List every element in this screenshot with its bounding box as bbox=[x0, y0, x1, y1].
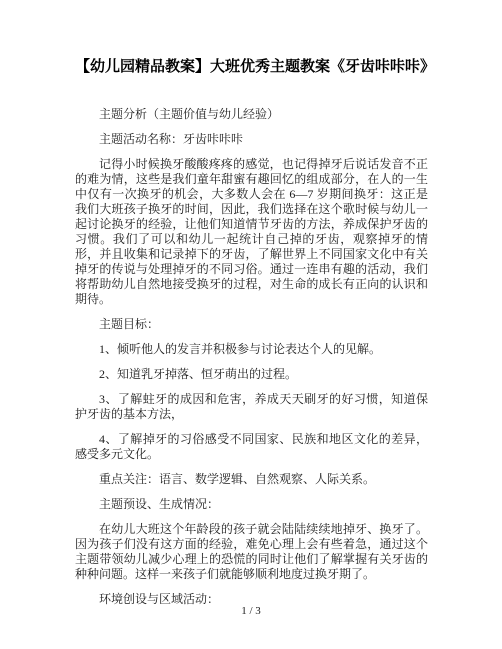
paragraph-intro: 记得小时候换牙酸酸疼疼的感觉，也记得掉牙后说话发音不正的难为情，这些是我们童年甜… bbox=[75, 157, 428, 307]
page-footer: 1 / 3 bbox=[0, 605, 502, 617]
paragraph-goal-3: 3、了解蛀牙的成因和危害，养成天天刷牙的好习惯，知道保护牙齿的基本方法， bbox=[75, 392, 428, 422]
paragraph-goals-heading: 主题目标： bbox=[75, 317, 428, 332]
document-title: 【幼儿园精品教案】大班优秀主题教案《牙齿咔咔咔》 bbox=[75, 57, 428, 77]
document-content: 【幼儿园精品教案】大班优秀主题教案《牙齿咔咔咔》 主题分析（主题价值与幼儿经验）… bbox=[0, 0, 502, 607]
paragraph-goal-2: 2、知道乳牙掉落、恒牙萌出的过程。 bbox=[75, 367, 428, 382]
paragraph-preset-heading: 主题预设、生成情况： bbox=[75, 497, 428, 512]
paragraph-preset-body: 在幼儿大班这个年龄段的孩子就会陆陆续续地掉牙、换牙了。因为孩子们没有这方面的经验… bbox=[75, 522, 428, 582]
paragraph-theme-analysis: 主题分析（主题价值与幼儿经验） bbox=[75, 107, 428, 122]
document-page: 【幼儿园精品教案】大班优秀主题教案《牙齿咔咔咔》 主题分析（主题价值与幼儿经验）… bbox=[0, 0, 502, 649]
page-number-indicator: 1 / 3 bbox=[241, 605, 261, 617]
paragraph-focus-areas: 重点关注：语言、数学逻辑、自然观察、人际关系。 bbox=[75, 472, 428, 487]
paragraph-activity-name: 主题活动名称：牙齿咔咔咔 bbox=[75, 132, 428, 147]
paragraph-goal-1: 1、倾听他人的发言并积极参与讨论表达个人的见解。 bbox=[75, 342, 428, 357]
paragraph-goal-4: 4、了解掉牙的习俗感受不同国家、民族和地区文化的差异，感受多元文化。 bbox=[75, 432, 428, 462]
